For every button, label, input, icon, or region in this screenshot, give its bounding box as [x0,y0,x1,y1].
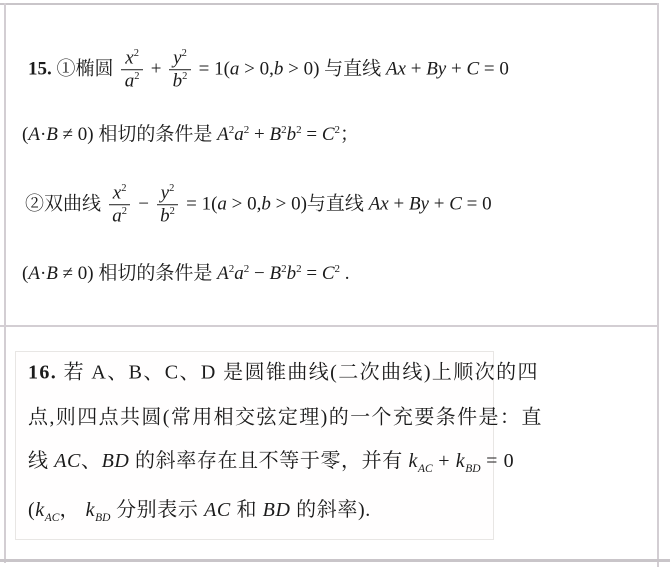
math-op: = 0 [481,450,515,472]
math-op: ≠ 0) [58,263,99,284]
math-it: A [217,263,229,284]
item16-line4: (kAC， kBD 分别表示 AC 和 BD 的斜率). [28,499,371,525]
item-16-box: 16. 若 A、B、C、D 是圆锥曲线(二次曲线)上顺次的四 点,则四点共圆(常… [15,351,494,540]
math-cn: 线 [28,450,54,472]
math-it: k [35,499,44,521]
item15-line3: ②双曲线 x2a2 − y2b2 = 1(a > 0,b > 0)与直线 Ax … [25,183,492,227]
math-cn: 分别表示 [110,499,204,521]
math-it: B [269,124,281,145]
math-op: − [249,263,269,284]
math-it: x [113,183,121,204]
math-cn: 和 [231,499,263,521]
math-it: a [230,58,240,79]
math-it: BD [263,499,291,521]
math-it: b [160,206,170,227]
math-op: + [429,193,449,214]
math-it: a [234,124,244,145]
fraction-numerator: x2 [109,183,131,205]
math-it: k [86,499,95,521]
document-page: 15. ①椭圆 x2a2 + y2b2 = 1(a > 0,b > 0) 与直线… [0,0,670,567]
math-op: + [446,58,466,79]
math-cn: ②双曲线 [25,193,106,214]
math-it: y [161,183,169,204]
fraction-denominator: a2 [121,71,143,92]
math-op: = 1( [194,58,230,79]
left-rule [4,3,6,563]
math-frac: x2a2 [109,183,131,227]
math-it: k [456,450,465,472]
fraction-denominator: a2 [109,206,131,227]
math-op: − [133,193,153,214]
math-it: C [466,58,479,79]
math-sub: BD [95,512,110,524]
math-cn: ； [340,124,359,145]
math-cn: ， [59,499,85,521]
math-sup: 2 [182,72,187,83]
math-bold: 16. [28,362,57,384]
math-it: A [28,263,40,284]
math-sub: BD [465,463,480,475]
item16-line3: 线 AC、BD 的斜率存在且不等于零，并有 kAC + kBD = 0 [28,450,514,476]
math-it: a [125,71,135,92]
math-it: k [408,450,417,472]
math-it: B [269,263,281,284]
math-it: b [287,263,297,284]
math-it: Ax [369,193,389,214]
math-cn: . [340,263,350,284]
math-op: > 0) [271,193,307,214]
math-frac: x2a2 [121,48,143,92]
math-it: a [234,263,244,284]
bottom-rule [0,559,670,562]
fraction-numerator: y2 [169,48,191,70]
item16-line1: 16. 若 A、B、C、D 是圆锥曲线(二次曲线)上顺次的四 [28,362,539,385]
math-op: + [249,124,269,145]
math-op: = 0 [479,58,509,79]
math-it: b [173,71,183,92]
math-cn: 若 A、B、C、D 是圆锥曲线(二次曲线)上顺次的四 [57,362,539,384]
math-sup: 2 [182,48,187,59]
math-frac: y2b2 [169,48,191,92]
fraction-denominator: b2 [169,71,191,92]
math-op: = [302,124,322,145]
math-op: > 0, [239,58,273,79]
math-op: + [146,58,166,79]
math-op: + [433,450,456,472]
math-cn: 的斜率). [291,499,371,521]
math-it: x [125,48,133,69]
math-it: A [217,124,229,145]
math-bold: 15. [28,58,52,79]
math-op: + [406,58,426,79]
math-it: By [409,193,429,214]
math-cn: ①椭圆 [52,58,119,79]
math-cn: 、 [81,450,102,472]
math-frac: y2b2 [157,183,179,227]
math-op: ≠ 0) [58,124,99,145]
math-it: B [46,263,58,284]
math-op: > 0, [227,193,261,214]
math-it: AC [54,450,81,472]
math-op: = [302,263,322,284]
math-sup: 2 [134,72,139,83]
math-cn: 点,则四点共圆(常用相交弦定理)的一个充要条件是：直 [28,407,543,429]
math-it: b [274,58,284,79]
math-it: BD [102,450,130,472]
middle-separator-rule [0,325,657,327]
math-it: b [287,124,297,145]
math-sub: AC [45,512,60,524]
math-it: C [449,193,462,214]
math-it: Ax [386,58,406,79]
math-it: C [322,124,335,145]
math-it: By [426,58,446,79]
math-it: y [173,48,181,69]
fraction-numerator: x2 [121,48,143,70]
math-it: a [217,193,227,214]
math-sup: 2 [134,48,139,59]
math-it: C [322,263,335,284]
math-it: b [261,193,271,214]
item15-line1: 15. ①椭圆 x2a2 + y2b2 = 1(a > 0,b > 0) 与直线… [28,48,509,92]
math-op: = 0 [462,193,492,214]
math-cn: 相切的条件是 [98,124,217,145]
math-it: AC [204,499,231,521]
item15-line4: (A·B ≠ 0) 相切的条件是 A2a2 − B2b2 = C2 . [22,263,350,285]
math-it: A [28,124,40,145]
math-sup: 2 [170,207,175,218]
math-sup: 2 [122,207,127,218]
math-op: = 1( [181,193,217,214]
math-it: B [46,124,58,145]
math-it: a [112,206,122,227]
item16-line2: 点,则四点共圆(常用相交弦定理)的一个充要条件是：直 [28,407,543,430]
math-cn: 与直线 [307,193,369,214]
math-cn: 的斜率存在且不等于零，并有 [129,450,408,472]
top-rule [0,3,658,5]
math-sup: 2 [121,183,126,194]
fraction-numerator: y2 [157,183,179,205]
math-op: + [389,193,409,214]
right-rule [657,3,659,567]
math-op: > 0) [283,58,324,79]
math-cn: 与直线 [324,58,386,79]
math-sup: 2 [169,183,174,194]
math-sub: AC [418,463,433,475]
math-cn: 相切的条件是 [98,263,217,284]
fraction-denominator: b2 [157,206,179,227]
item15-line2: (A·B ≠ 0) 相切的条件是 A2a2 + B2b2 = C2； [22,124,359,146]
